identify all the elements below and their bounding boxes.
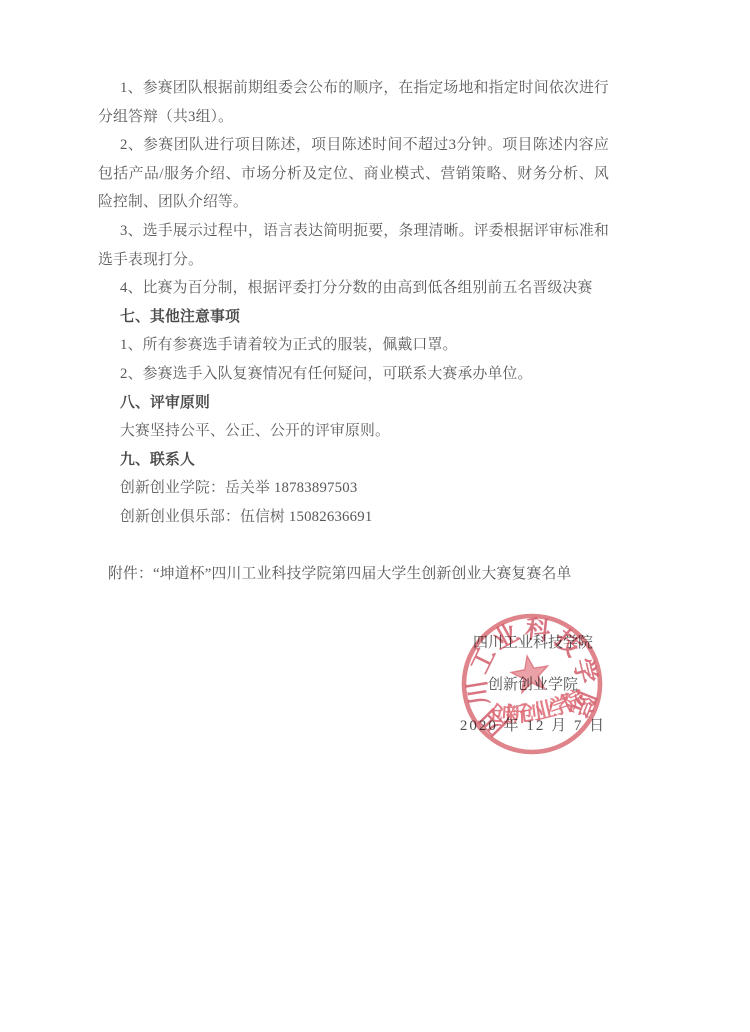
body-paragraph: 1、参赛团队根据前期组委会公布的顺序，在指定场地和指定时间依次进行分组答辩（共3… [98,74,609,131]
signature-org-line1: 四川工业科技学院 [403,623,663,665]
scanned-document-page: 1、参赛团队根据前期组委会公布的顺序，在指定场地和指定时间依次进行分组答辩（共3… [0,0,750,1032]
section-heading: 七、其他注意事项 [98,303,609,332]
body-paragraph: 2、参赛团队进行项目陈述，项目陈述时间不超过3分钟。项目陈述内容应包括产品/服务… [98,131,609,217]
attachment-line: 附件：“坤道杯”四川工业科技学院第四届大学生创新创业大赛复赛名单 [98,560,609,589]
body-paragraph: 创新创业学院：岳关举 18783897503 [98,474,609,503]
signature-date: 2020 年 12 月 7 日 [403,706,663,748]
section-heading: 九、联系人 [98,446,609,475]
body-paragraph: 1、所有参赛选手请着较为正式的服装，佩戴口罩。 [98,331,609,360]
signature-org-line2: 创新创业学院 [403,665,663,707]
body-paragraph: 4、比赛为百分制，根据评委打分分数的由高到低各组别前五名晋级决赛 [98,274,609,303]
signature-block: 四川工业科技学院 创新创业学院 2020 年 12 月 7 日 [403,623,663,748]
body-paragraph: 大赛坚持公平、公正、公开的评审原则。 [98,417,609,446]
body-paragraph: 2、参赛选手入队复赛情况有任何疑问，可联系大赛承办单位。 [98,360,609,389]
body-paragraph: 3、选手展示过程中，语言表达简明扼要，条理清晰。评委根据评审标准和选手表现打分。 [98,217,609,274]
body-paragraph: 创新创业俱乐部：伍信树 15082636691 [98,503,609,532]
document-body: 1、参赛团队根据前期组委会公布的顺序，在指定场地和指定时间依次进行分组答辩（共3… [98,74,609,588]
section-heading: 八、评审原则 [98,389,609,418]
